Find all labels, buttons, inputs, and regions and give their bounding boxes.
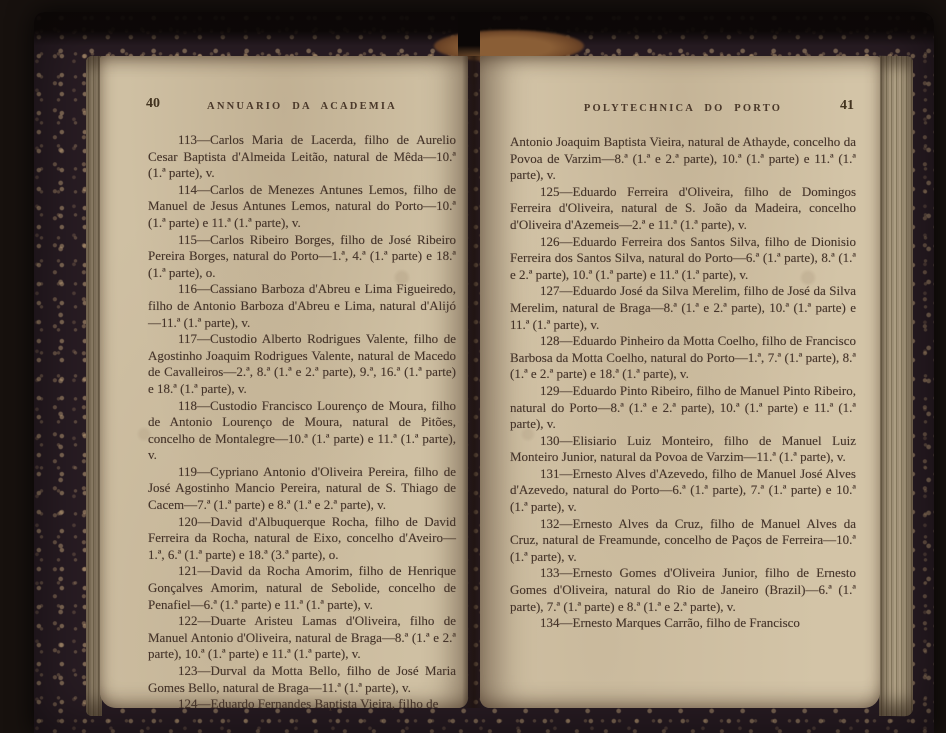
student-entry: 132—Ernesto Alves da Cruz, filho de Manu… (510, 516, 856, 566)
student-entry: 134—Ernesto Marques Carrão, filho de Fra… (510, 615, 856, 632)
student-entry: 124—Eduardo Fernandes Baptista Vieira, f… (148, 696, 456, 713)
left-page: 40 Annuario da Academia 113—Carlos Maria… (100, 56, 468, 708)
student-entry: 119—Cypriano Antonio d'Oliveira Pereira,… (148, 464, 456, 514)
student-entry: 115—Carlos Ribeiro Borges, filho de José… (148, 232, 456, 282)
right-page-entries: 125—Eduardo Ferreira d'Oliveira, filho d… (510, 184, 856, 632)
student-entry: 128—Eduardo Pinheiro da Motta Coelho, fi… (510, 333, 856, 383)
student-entry: 118—Custodio Francisco Lourenço de Moura… (148, 398, 456, 464)
right-page: Polytechnica do Porto 41 Antonio Joaquim… (480, 56, 880, 708)
student-entry: 125—Eduardo Ferreira d'Oliveira, filho d… (510, 184, 856, 234)
book-cover: 40 Annuario da Academia 113—Carlos Maria… (34, 12, 934, 733)
right-page-header: Polytechnica do Porto 41 (510, 98, 856, 128)
student-entry: 123—Durval da Motta Bello, filho de José… (148, 663, 456, 696)
student-entry: 122—Duarte Aristeu Lamas d'Oliveira, fil… (148, 613, 456, 663)
student-entry: 126—Eduardo Ferreira dos Santos Silva, f… (510, 234, 856, 284)
student-entry: 120—David d'Albuquerque Rocha, filho de … (148, 514, 456, 564)
student-entry: 114—Carlos de Menezes Antunes Lemos, fil… (148, 182, 456, 232)
student-entry: 127—Eduardo José da Silva Merelim, filho… (510, 283, 856, 333)
left-page-header: 40 Annuario da Academia (148, 96, 456, 126)
student-entry: 130—Elisiario Luiz Monteiro, filho de Ma… (510, 433, 856, 466)
student-entry: 131—Ernesto Alves d'Azevedo, filho de Ma… (510, 466, 856, 516)
right-page-edges (879, 56, 913, 716)
right-page-text: Antonio Joaquim Baptista Vieira, natural… (510, 134, 856, 632)
student-entry: 133—Ernesto Gomes d'Oliveira Junior, fil… (510, 565, 856, 615)
student-entry: 129—Eduardo Pinto Ribeiro, filho de Manu… (510, 383, 856, 433)
photo-background: 40 Annuario da Academia 113—Carlos Maria… (0, 0, 946, 733)
left-page-number: 40 (146, 96, 160, 112)
student-entry: 121—David da Rocha Amorim, filho de Henr… (148, 563, 456, 613)
right-running-title: Polytechnica do Porto (584, 103, 782, 114)
right-page-number: 41 (840, 98, 854, 114)
spine-gap (458, 12, 480, 60)
student-entry: 117—Custodio Alberto Rodrigues Valente, … (148, 331, 456, 397)
left-page-text: 113—Carlos Maria de Lacerda, filho de Au… (148, 132, 456, 713)
continuation-paragraph: Antonio Joaquim Baptista Vieira, natural… (510, 134, 856, 184)
left-running-title: Annuario da Academia (207, 101, 397, 112)
student-entry: 116—Cassiano Barboza d'Abreu e Lima Figu… (148, 281, 456, 331)
student-entry: 113—Carlos Maria de Lacerda, filho de Au… (148, 132, 456, 182)
